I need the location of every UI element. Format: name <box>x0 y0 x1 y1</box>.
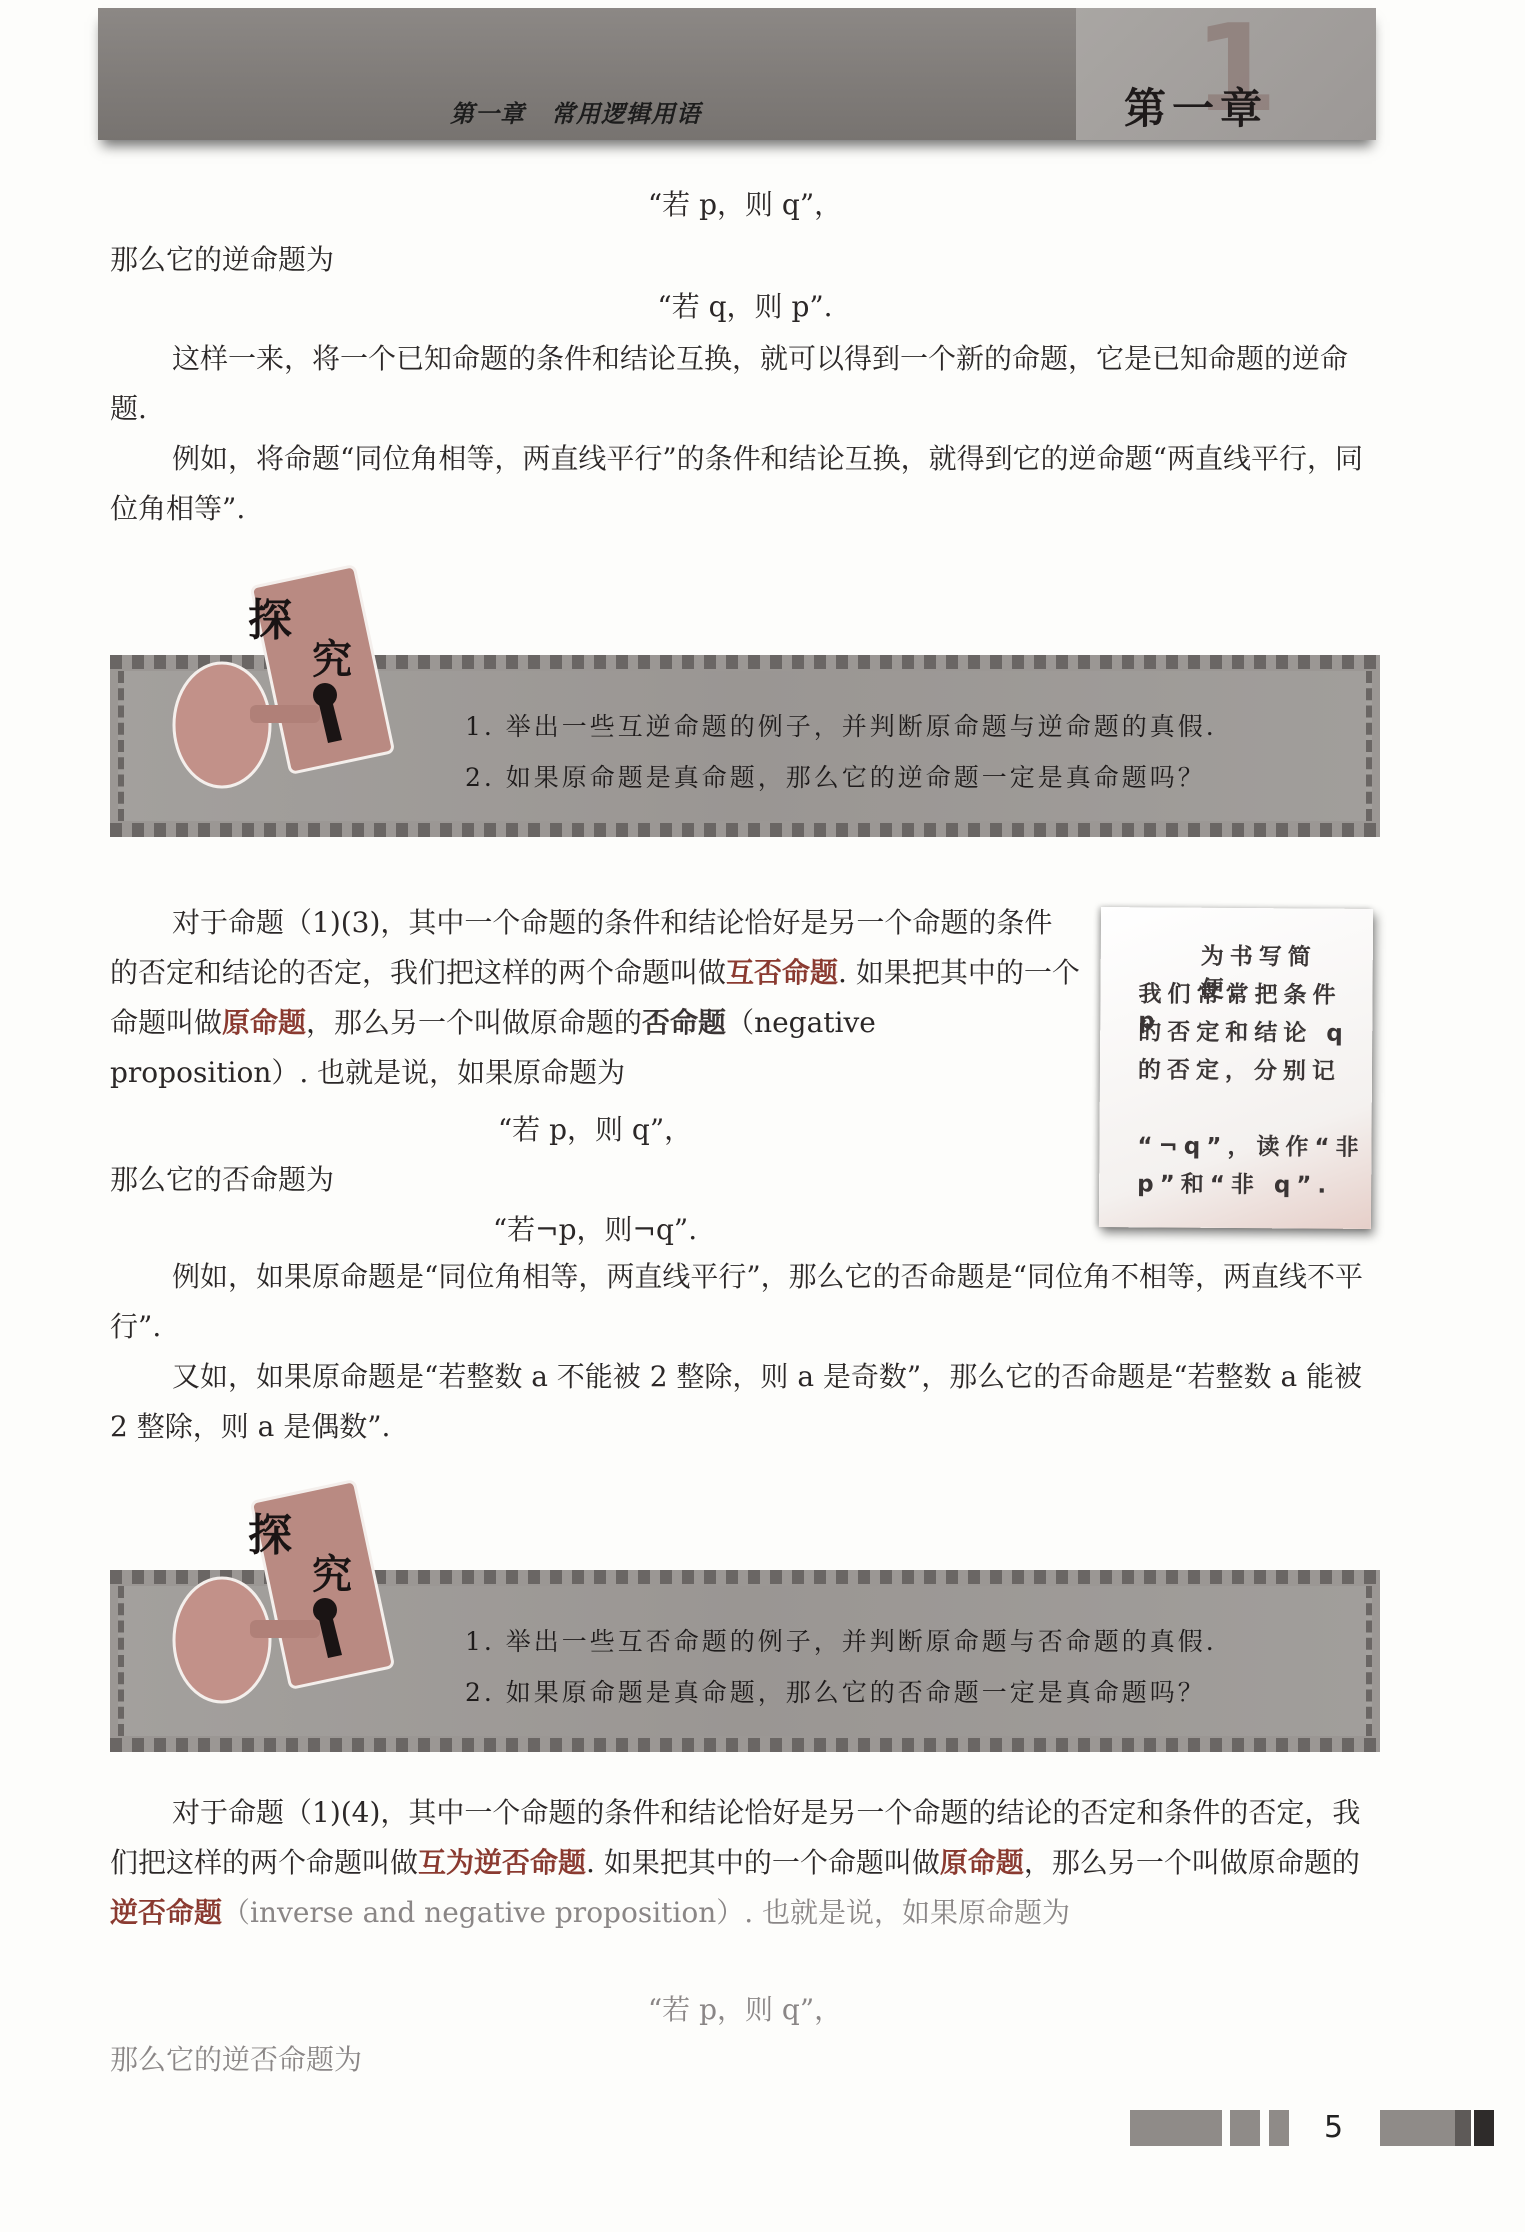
note-line-7: p”和“非 q”. <box>1137 1165 1332 1199</box>
chapter-label: 第一章 <box>450 100 525 128</box>
explore-badge-char-1: 探 <box>248 595 292 646</box>
explore-badge-char-2: 究 <box>312 636 352 683</box>
running-title: 第一章常用逻辑用语 <box>450 94 701 129</box>
term-contrapositive: 逆否命题 <box>110 1896 222 1929</box>
paragraph-negation-definition: 对于命题（1)(3)，其中一个命题的条件和结论恰好是另一个命题的条件的否定和结论… <box>110 898 1080 1098</box>
term-negative-proposition: 否命题 <box>642 1006 726 1039</box>
note-line-3: 的否定和结论 q <box>1138 1013 1349 1047</box>
note-line-4: 的否定，分别记 <box>1138 1051 1341 1085</box>
explore-question-2: 2. 如果原命题是真命题，那么它的否命题一定是真命题吗？ <box>465 1673 1206 1709</box>
paragraph-contrapositive-definition: 对于命题（1)(4)，其中一个命题的条件和结论恰好是另一个命题的结论的否定和条件… <box>110 1788 1380 1938</box>
footer-bar <box>1269 2110 1289 2146</box>
formula-if-p-then-q: “若 p，则 q”， <box>110 1105 1080 1155</box>
key-lock-icon: 探 究 <box>150 1470 400 1730</box>
footer-bar <box>1130 2110 1222 2146</box>
explore-question-2: 2. 如果原命题是真命题，那么它的逆命题一定是真命题吗？ <box>465 758 1206 794</box>
formula-if-p-then-q: “若 p，则 q”， <box>110 180 1380 230</box>
paragraph-converse-definition: 这样一来，将一个已知命题的条件和结论互换，就可以得到一个新的命题，它是已知命题的… <box>110 334 1380 434</box>
note-line-6: “¬q”，读作“非 <box>1137 1127 1364 1162</box>
chapter-header-banner: 第一章常用逻辑用语 1 第一章 <box>98 8 1376 140</box>
negation-intro-line: 那么它的否命题为 <box>110 1155 1080 1205</box>
explore-question-1: 1. 举出一些互逆命题的例子，并判断原命题与逆命题的真假. <box>465 707 1217 743</box>
explore-question-1: 1. 举出一些互否命题的例子，并判断原命题与否命题的真假. <box>465 1622 1217 1658</box>
formula-if-q-then-p: “若 q，则 p”. <box>110 282 1380 332</box>
term-mutual-negation: 互否命题 <box>726 956 838 989</box>
term-original-proposition: 原命题 <box>940 1846 1024 1879</box>
paragraph-converse-example: 例如，将命题“同位角相等，两直线平行”的条件和结论互换，就得到它的逆命题“两直线… <box>110 434 1380 534</box>
paragraph-negation-example-1: 例如，如果原命题是“同位角相等，两直线平行”，那么它的否命题是“同位角不相等，两… <box>110 1252 1380 1352</box>
chapter-badge-text: 第一章 <box>1124 76 1268 136</box>
chapter-title: 常用逻辑用语 <box>551 100 701 128</box>
text-segment: （inverse and negative proposition）. 也就是说… <box>222 1896 1070 1929</box>
footer-bar <box>1380 2110 1455 2146</box>
footer-bar <box>1455 2110 1471 2146</box>
side-note-notation: 为书写简便， 我们常常把条件 p 的否定和结论 q 的否定，分别记 “¬q”，读… <box>1099 907 1373 1229</box>
term-original-proposition: 原命题 <box>222 1006 306 1039</box>
formula-if-p-then-q: “若 p，则 q”， <box>110 1985 1380 2035</box>
footer-bar <box>1474 2110 1494 2146</box>
term-contrapositive-pair: 互为逆否命题 <box>418 1846 586 1879</box>
text-segment: . 如果把其中的一个命题叫做 <box>586 1846 940 1879</box>
key-lock-icon: 探 究 <box>150 555 400 815</box>
page-number: 5 <box>1324 2110 1343 2145</box>
formula-if-not-p-then-not-q: “若¬p，则¬q”. <box>110 1205 1080 1255</box>
paragraph-negation-example-2: 又如，如果原命题是“若整数 a 不能被 2 整除，则 a 是奇数”，那么它的否命… <box>110 1352 1380 1452</box>
explore-box-converse: 探 究 1. 举出一些互逆命题的例子，并判断原命题与逆命题的真假. 2. 如果原… <box>110 655 1380 837</box>
footer-bar <box>1230 2110 1260 2146</box>
explore-box-negation: 探 究 1. 举出一些互否命题的例子，并判断原命题与否命题的真假. 2. 如果原… <box>110 1570 1380 1752</box>
text-segment: ，那么另一个叫做原命题的 <box>306 1006 642 1039</box>
explore-badge-char-2: 究 <box>312 1551 352 1598</box>
converse-intro-line: 那么它的逆命题为 <box>110 235 1380 285</box>
explore-badge-char-1: 探 <box>248 1510 292 1561</box>
chapter-badge: 1 第一章 <box>1076 8 1376 140</box>
text-segment: ，那么另一个叫做原命题的 <box>1024 1846 1360 1879</box>
contrapositive-intro-line: 那么它的逆否命题为 <box>110 2035 1380 2085</box>
